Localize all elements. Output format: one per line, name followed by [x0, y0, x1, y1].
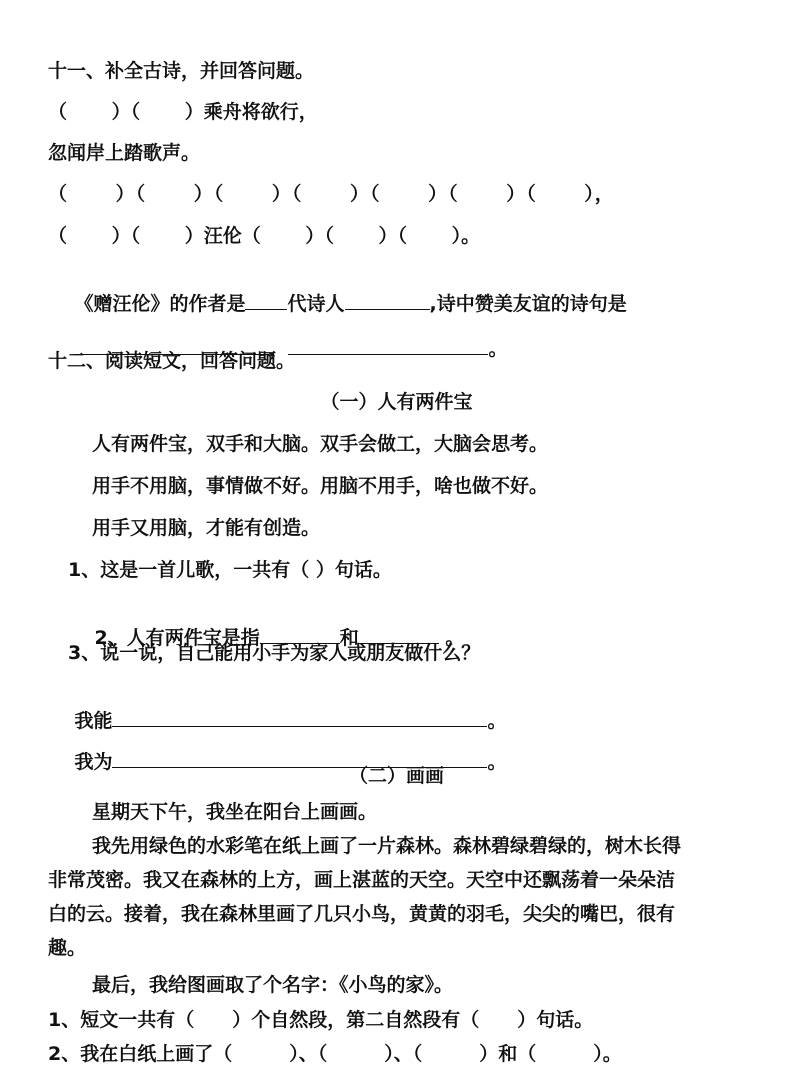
passage-2-para-1: 星期天下午，我坐在阳台上画画。: [92, 799, 377, 825]
passage-1-line-2: 用手不用脑，事情做不好。用脑不用手，啥也做不好。: [92, 473, 548, 499]
poem-line-3: （ ）（ ）（ ）（ ）（ ）（ ）（ ），: [48, 181, 615, 207]
author-question: 《赠汪伦》的作者是代诗人,诗中赞美友谊的诗句是: [48, 265, 627, 291]
passage-2-para-3: 最后，我给图画取了个名字：《小鸟的家》。: [92, 972, 453, 998]
section-11-heading: 十一、补全古诗，并回答问题。: [48, 58, 314, 84]
poem-line-2: 忽闻岸上踏歌声。: [48, 140, 200, 166]
passage-1-question-3: 3、说一说，自己能用小手为家人或朋友做什么？: [68, 640, 480, 666]
passage-2-para-2-line-4: 趣。: [48, 935, 86, 961]
poem-line-4: （ ）（ ）汪伦（ ）（ ）（ ）。: [48, 223, 480, 249]
passage-1-line-1: 人有两件宝，双手和大脑。双手会做工，大脑会思考。: [92, 431, 548, 457]
poet-blank[interactable]: [345, 291, 430, 310]
passage-2-title: （二）画画: [0, 763, 793, 789]
passage-2-para-2-line-2: 非常茂密。我又在森林的上方，画上湛蓝的天空。天空中还飘荡着一朵朵洁: [48, 867, 675, 893]
passage-1-question-1: 1、这是一首儿歌，一共有（ ）句话。: [68, 557, 392, 583]
passage-1-line-3: 用手又用脑，才能有创造。: [92, 515, 320, 541]
friendship-lines-answer: ，。: [48, 310, 508, 336]
answer-i-for: 我为。: [48, 723, 507, 749]
passage-2-para-2-line-3: 白的云。接着，我在森林里画了几只小鸟，黄黄的羽毛，尖尖的嘴巴，很有: [48, 901, 675, 927]
passage-2-question-1: 1、短文一共有（ ）个自然段，第二自然段有（ ）句话。: [48, 1007, 593, 1033]
section-12-heading: 十二、阅读短文，回答问题。: [48, 348, 295, 374]
passage-2-para-2-line-1: 我先用绿色的水彩笔在纸上画了一片森林。森林碧绿碧绿的，树木长得: [92, 833, 681, 859]
passage-2-question-2: 2、我在白纸上画了（ ）、（ ）、（ ）和（ ）。: [48, 1041, 622, 1067]
passage-1-title: （一）人有两件宝: [0, 389, 793, 415]
answer-i-can: 我能。: [48, 682, 507, 708]
dynasty-blank[interactable]: [245, 291, 287, 310]
poem-line-1: （ ）（ ）乘舟将欲行，: [48, 99, 318, 125]
friendship-line-blank-2[interactable]: [288, 336, 488, 355]
answer-end-mark: 。: [488, 338, 507, 360]
passage-1-question-2: 2、人有两件宝是指和 。: [68, 599, 464, 625]
